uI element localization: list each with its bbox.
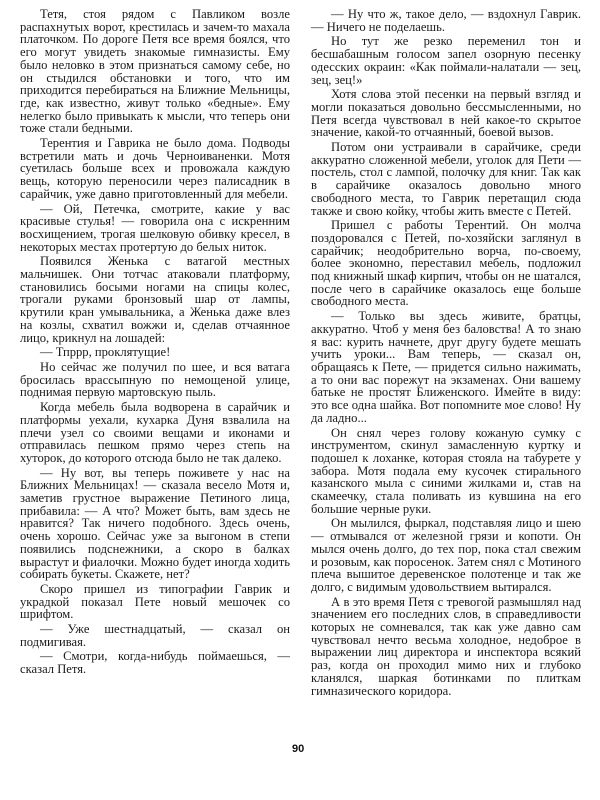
paragraph: А в это время Петя с тревогой размышлял … xyxy=(311,596,581,698)
paragraph: Но тут же резко переменил тон и бесшабаш… xyxy=(311,35,581,86)
paragraph: Тетя, стоя рядом с Павликом возле распах… xyxy=(20,8,290,135)
book-page: Тетя, стоя рядом с Павликом возле распах… xyxy=(0,0,600,800)
paragraph: Он мылился, фыркал, подставляя лицо и ше… xyxy=(311,517,581,593)
paragraph: — Только вы здесь живите, братцы, аккура… xyxy=(311,310,581,424)
paragraph: Когда мебель была водворена в сарайчик и… xyxy=(20,401,290,465)
paragraph: Скоро пришел из типографии Гаврик и укра… xyxy=(20,583,290,621)
paragraph: — Тпррр, проклятущие! xyxy=(20,346,290,359)
paragraph: — Ой, Петечка, смотрите, какие у вас кра… xyxy=(20,203,290,254)
paragraph: — Смотри, когда-нибудь поймаешься, — ска… xyxy=(20,650,290,675)
paragraph: Терентия и Гаврика не было дома. Подводы… xyxy=(20,137,290,201)
paragraph: Но сейчас же получил по шее, и вся ватаг… xyxy=(20,361,290,399)
left-column: Тетя, стоя рядом с Павликом возле распах… xyxy=(20,8,290,678)
paragraph: — Ну вот, вы теперь поживете у нас на Бл… xyxy=(20,467,290,581)
paragraph: — Ну что ж, такое дело, — вздохнул Гаври… xyxy=(311,8,581,33)
paragraph: Хотя слова этой песенки на первый взгляд… xyxy=(311,88,581,139)
paragraph: Пришел с работы Терентий. Он молча поздо… xyxy=(311,219,581,308)
paragraph: — Уже шестнадцатый, — сказал он подмигив… xyxy=(20,623,290,648)
paragraph: Он снял через голову кожаную сумку с инс… xyxy=(311,427,581,516)
paragraph: Потом они устраивали в сарайчике, среди … xyxy=(311,141,581,217)
right-column: — Ну что ж, такое дело, — вздохнул Гаври… xyxy=(311,8,581,699)
paragraph: Появился Женька с ватагой местных мальчи… xyxy=(20,255,290,344)
page-number: 90 xyxy=(292,743,304,755)
